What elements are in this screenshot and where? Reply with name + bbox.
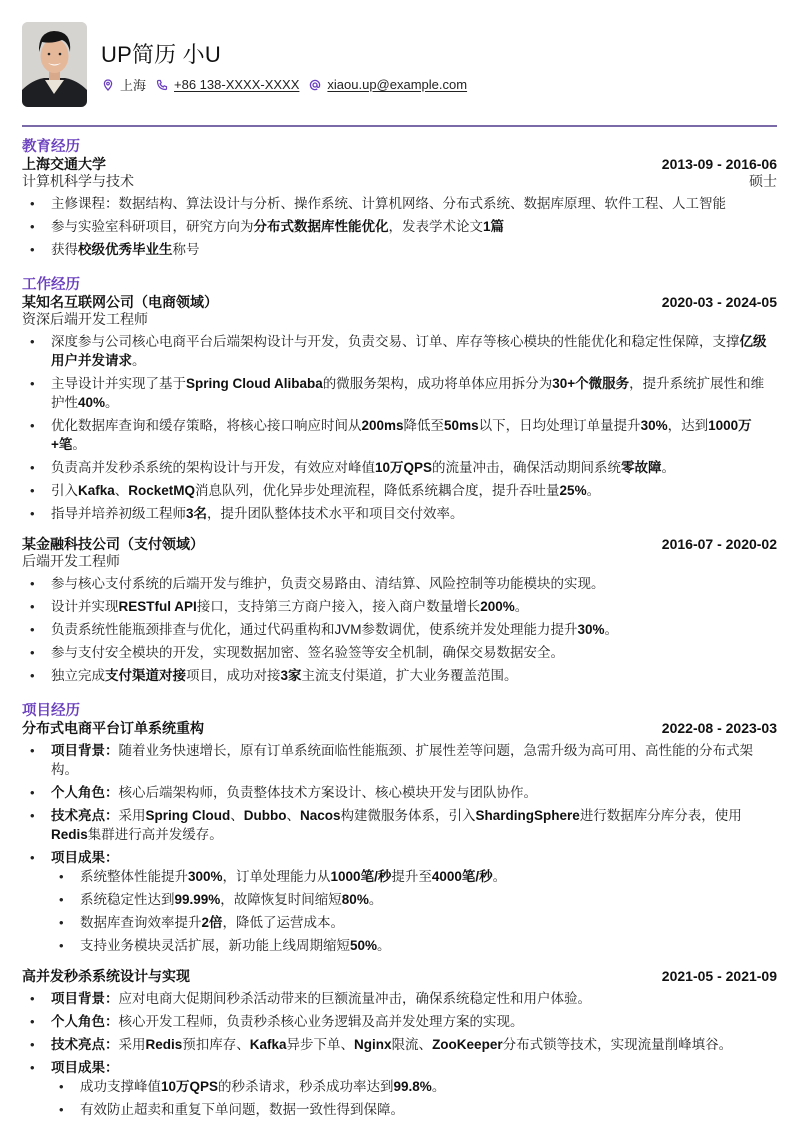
list-item: 负责系统性能瓶颈排查与优化，通过代码重构和JVM参数调优，使系统并发处理能力提升… bbox=[22, 620, 777, 639]
school-name: 上海交通大学 bbox=[22, 156, 106, 173]
project-date: 2021-05 - 2021-09 bbox=[662, 968, 777, 985]
project-name: 高并发秒杀系统设计与实现 bbox=[22, 968, 190, 985]
education-section: 教育经历 上海交通大学 2013-09 - 2016-06 计算机科学与技术 硕… bbox=[22, 139, 777, 259]
contact-phone[interactable]: +86 138-XXXX-XXXX bbox=[156, 77, 299, 92]
major: 计算机科学与技术 bbox=[22, 173, 134, 190]
project-entry: 分布式电商平台订单系统重构 2022-08 - 2023-03 项目背景：随着业… bbox=[22, 720, 777, 955]
list-item: 支持业务模块灵活扩展，新功能上线周期缩短50%。 bbox=[51, 936, 777, 955]
project-bullets: 项目背景：应对电商大促期间秒杀活动带来的巨额流量冲击，确保系统稳定性和用户体验。… bbox=[22, 989, 777, 1119]
projects-section: 项目经历 分布式电商平台订单系统重构 2022-08 - 2023-03 项目背… bbox=[22, 703, 777, 1119]
project-results: 项目成果：系统整体性能提升300%，订单处理能力从1000笔/秒提升至4000笔… bbox=[22, 848, 777, 955]
list-item: 主修课程：数据结构、算法设计与分析、操作系统、计算机网络、分布式系统、数据库原理… bbox=[22, 194, 777, 213]
list-item: 独立完成支付渠道对接项目，成功对接3家主流支付渠道，扩大业务覆盖范围。 bbox=[22, 666, 777, 685]
list-item: 参与核心支付系统的后端开发与维护，负责交易路由、清结算、风险控制等功能模块的实现… bbox=[22, 574, 777, 593]
avatar bbox=[22, 22, 87, 107]
job-role: 后端开发工程师 bbox=[22, 553, 120, 570]
company-name: 某金融科技公司（支付领域） bbox=[22, 536, 204, 553]
map-pin-icon bbox=[102, 79, 114, 91]
list-item: 个人角色：核心开发工程师，负责秒杀核心业务逻辑及高并发处理方案的实现。 bbox=[22, 1012, 777, 1031]
contact-info: 上海 +86 138-XXXX-XXXX xiaou.up@example.co… bbox=[102, 75, 477, 94]
resume-body: 教育经历 上海交通大学 2013-09 - 2016-06 计算机科学与技术 硕… bbox=[22, 139, 777, 1123]
section-title-projects: 项目经历 bbox=[22, 703, 777, 720]
results-sublist: 系统整体性能提升300%，订单处理能力从1000笔/秒提升至4000笔/秒。系统… bbox=[51, 867, 777, 955]
list-item: 有效防止超卖和重复下单问题，数据一致性得到保障。 bbox=[51, 1100, 777, 1119]
list-item: 负责高并发秒杀系统的架构设计与开发，有效应对峰值10万QPS的流量冲击，确保活动… bbox=[22, 458, 777, 477]
header-divider bbox=[22, 125, 777, 127]
list-item: 参与支付安全模块的开发，实现数据加密、签名验签等安全机制，确保交易数据安全。 bbox=[22, 643, 777, 662]
work-entry: 某金融科技公司（支付领域） 2016-07 - 2020-02 后端开发工程师 … bbox=[22, 536, 777, 685]
list-item: 设计并实现RESTful API接口，支持第三方商户接入，接入商户数量增长200… bbox=[22, 597, 777, 616]
work-bullets: 参与核心支付系统的后端开发与维护，负责交易路由、清结算、风险控制等功能模块的实现… bbox=[22, 574, 777, 685]
list-item: 系统整体性能提升300%，订单处理能力从1000笔/秒提升至4000笔/秒。 bbox=[51, 867, 777, 886]
list-item: 技术亮点：采用Spring Cloud、Dubbo、Nacos构建微服务体系，引… bbox=[22, 806, 777, 844]
project-bullets: 项目背景：随着业务快速增长，原有订单系统面临性能瓶颈、扩展性差等问题，急需升级为… bbox=[22, 741, 777, 955]
list-item: 系统稳定性达到99.99%，故障恢复时间缩短80%。 bbox=[51, 890, 777, 909]
project-results: 项目成果：成功支撑峰值10万QPS的秒杀请求，秒杀成功率达到99.8%。有效防止… bbox=[22, 1058, 777, 1119]
list-item: 项目背景：应对电商大促期间秒杀活动带来的巨额流量冲击，确保系统稳定性和用户体验。 bbox=[22, 989, 777, 1008]
list-item: 参与实验室科研项目，研究方向为分布式数据库性能优化，发表学术论文1篇 bbox=[22, 217, 777, 236]
list-item: 指导并培养初级工程师3名，提升团队整体技术水平和项目交付效率。 bbox=[22, 504, 777, 523]
phone-icon bbox=[156, 79, 168, 91]
list-item: 成功支撑峰值10万QPS的秒杀请求，秒杀成功率达到99.8%。 bbox=[51, 1077, 777, 1096]
contact-email[interactable]: xiaou.up@example.com bbox=[309, 77, 467, 92]
list-item: 引入Kafka、RocketMQ消息队列，优化异步处理流程，降低系统耦合度，提升… bbox=[22, 481, 777, 500]
list-item: 项目背景：随着业务快速增长，原有订单系统面临性能瓶颈、扩展性差等问题，急需升级为… bbox=[22, 741, 777, 779]
education-date: 2013-09 - 2016-06 bbox=[662, 156, 777, 173]
work-bullets: 深度参与公司核心电商平台后端架构设计与开发，负责交易、订单、库存等核心模块的性能… bbox=[22, 332, 777, 523]
project-entry: 高并发秒杀系统设计与实现 2021-05 - 2021-09 项目背景：应对电商… bbox=[22, 968, 777, 1119]
work-date: 2016-07 - 2020-02 bbox=[662, 536, 777, 553]
contact-location: 上海 bbox=[102, 75, 146, 94]
list-item: 获得校级优秀毕业生称号 bbox=[22, 240, 777, 259]
resume-header: UP简历 小U 上海 +86 138-XXXX-XXXX xiaou.up@ex… bbox=[22, 22, 777, 108]
work-date: 2020-03 - 2024-05 bbox=[662, 294, 777, 311]
results-sublist: 成功支撑峰值10万QPS的秒杀请求，秒杀成功率达到99.8%。有效防止超卖和重复… bbox=[51, 1077, 777, 1119]
list-item: 技术亮点：采用Redis预扣库存、Kafka异步下单、Nginx限流、ZooKe… bbox=[22, 1035, 777, 1054]
list-item: 数据库查询效率提升2倍，降低了运营成本。 bbox=[51, 913, 777, 932]
work-section: 工作经历 某知名互联网公司（电商领域） 2020-03 - 2024-05 资深… bbox=[22, 277, 777, 685]
job-role: 资深后端开发工程师 bbox=[22, 311, 148, 328]
education-bullets: 主修课程：数据结构、算法设计与分析、操作系统、计算机网络、分布式系统、数据库原理… bbox=[22, 194, 777, 259]
company-name: 某知名互联网公司（电商领域） bbox=[22, 294, 218, 311]
avatar-photo-icon bbox=[22, 22, 87, 107]
candidate-name: UP简历 小U bbox=[101, 38, 221, 69]
list-item: 优化数据库查询和缓存策略，将核心接口响应时间从200ms降低至50ms以下，日均… bbox=[22, 416, 777, 454]
section-title-education: 教育经历 bbox=[22, 139, 777, 156]
location-text: 上海 bbox=[120, 75, 146, 94]
degree: 硕士 bbox=[749, 173, 777, 190]
work-entry: 某知名互联网公司（电商领域） 2020-03 - 2024-05 资深后端开发工… bbox=[22, 294, 777, 523]
at-sign-icon bbox=[309, 79, 321, 91]
phone-link[interactable]: +86 138-XXXX-XXXX bbox=[174, 77, 299, 92]
project-name: 分布式电商平台订单系统重构 bbox=[22, 720, 204, 737]
section-title-work: 工作经历 bbox=[22, 277, 777, 294]
list-item: 主导设计并实现了基于Spring Cloud Alibaba的微服务架构，成功将… bbox=[22, 374, 777, 412]
list-item: 深度参与公司核心电商平台后端架构设计与开发，负责交易、订单、库存等核心模块的性能… bbox=[22, 332, 777, 370]
project-date: 2022-08 - 2023-03 bbox=[662, 720, 777, 737]
education-entry: 上海交通大学 2013-09 - 2016-06 计算机科学与技术 硕士 主修课… bbox=[22, 156, 777, 259]
list-item: 个人角色：核心后端架构师，负责整体技术方案设计、核心模块开发与团队协作。 bbox=[22, 783, 777, 802]
email-link[interactable]: xiaou.up@example.com bbox=[327, 77, 467, 92]
